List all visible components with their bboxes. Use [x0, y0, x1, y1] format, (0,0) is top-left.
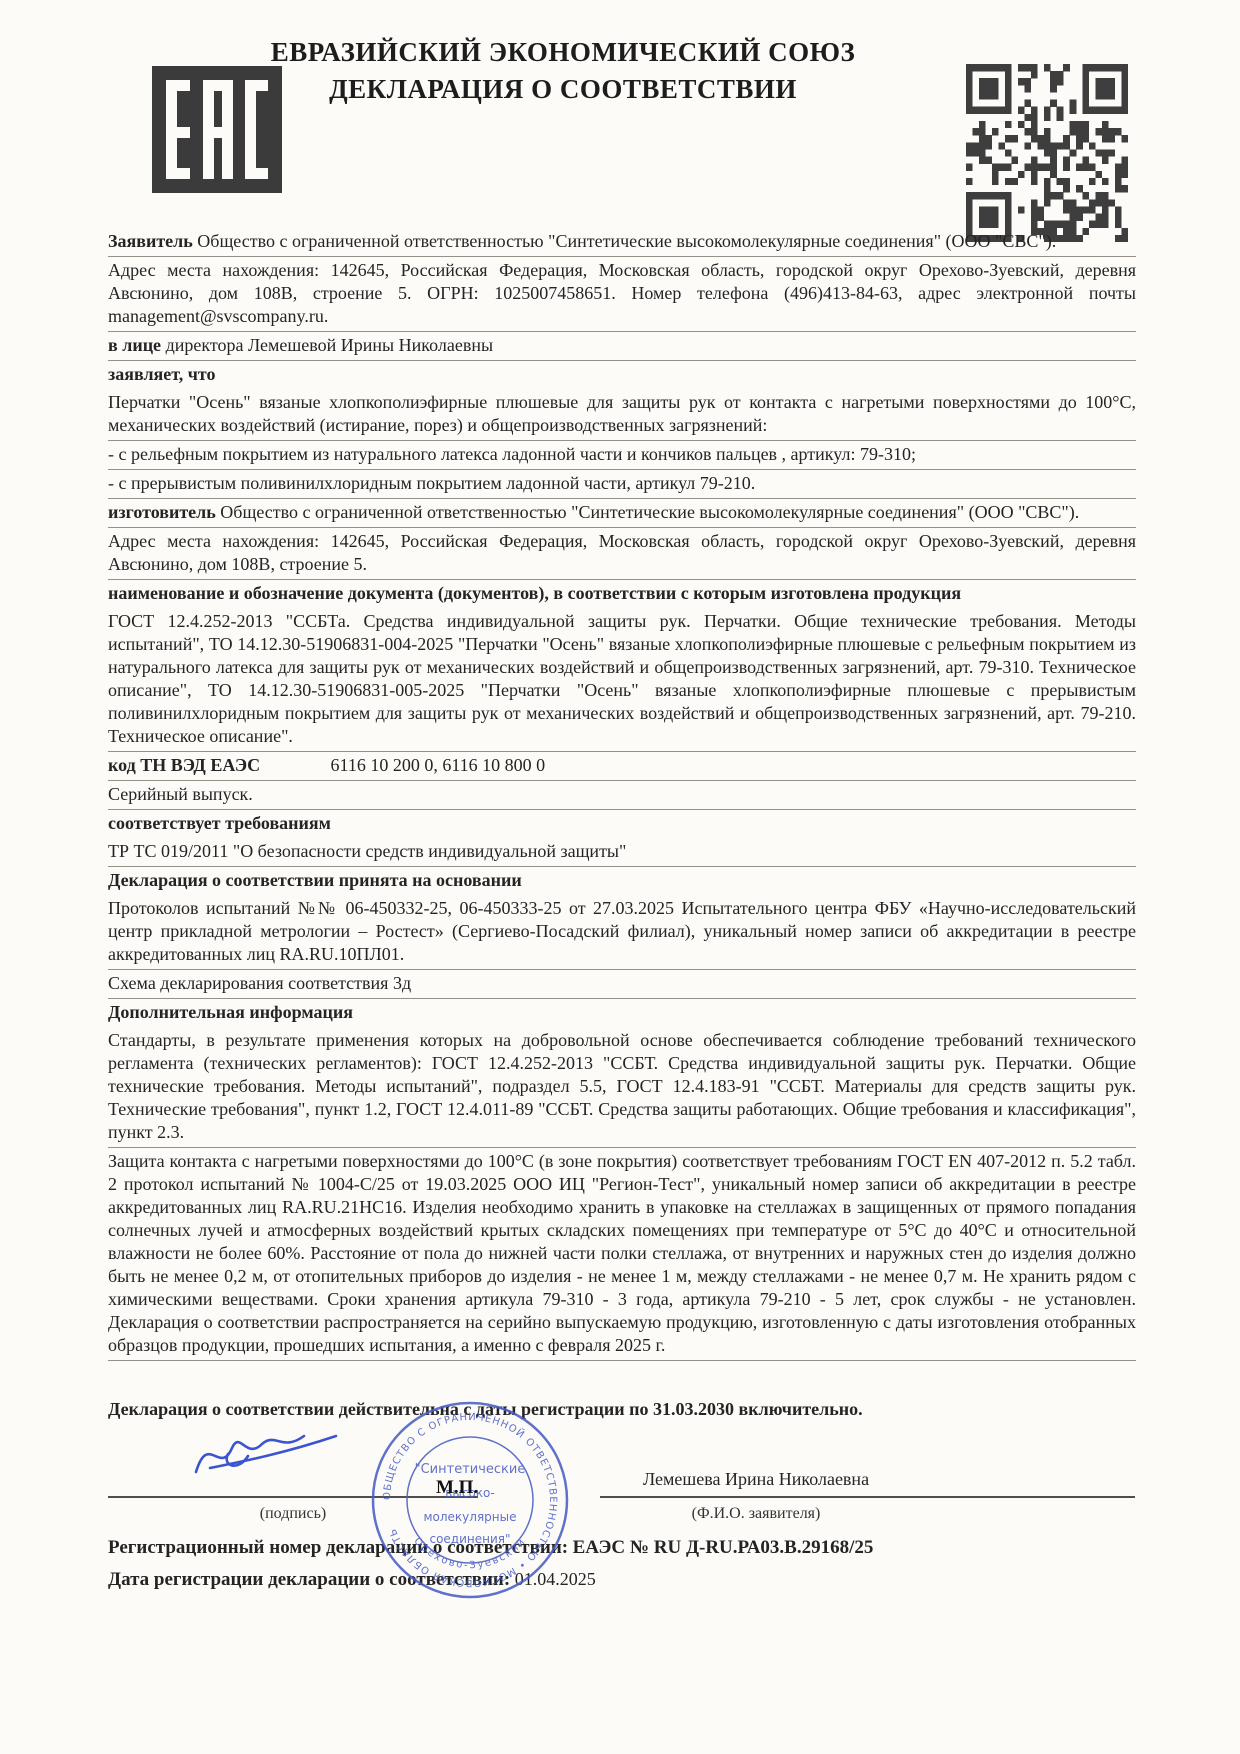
- qr-code-icon: [966, 64, 1128, 248]
- registration-number-value: ЕАЭС № RU Д-RU.РА03.В.29168/25: [573, 1537, 874, 1558]
- title-line-declaration: ДЕКЛАРАЦИЯ О СООТВЕТСТВИИ: [163, 71, 963, 108]
- manufacturer-value: Общество с ограниченной ответственностью…: [220, 502, 1079, 522]
- title-line-union: ЕВРАЗИЙСКИЙ ЭКОНОМИЧЕСКИЙ СОЮЗ: [163, 34, 963, 71]
- basis-body: Протоколов испытаний №№ 06-450332-25, 06…: [108, 895, 1136, 970]
- in-person-label: в лице: [108, 335, 161, 355]
- document-body: Заявитель Общество с ограниченной ответс…: [108, 228, 1136, 1390]
- name-caption: (Ф.И.О. заявителя): [600, 1502, 912, 1525]
- applicant-value: Общество с ограниченной ответственностью…: [197, 231, 1056, 251]
- product-item-1: - с рельефным покрытием из натурального …: [108, 441, 1136, 470]
- manufacturer-label: изготовитель: [108, 502, 216, 522]
- declaration-document: ЕВРАЗИЙСКИЙ ЭКОНОМИЧЕСКИЙ СОЮЗ ДЕКЛАРАЦИ…: [0, 0, 1240, 1754]
- name-line: [600, 1496, 1135, 1498]
- company-stamp-icon: ОБЩЕСТВО С ОГРАНИЧЕННОЙ ОТВЕТСТВЕННОСТЬЮ…: [355, 1385, 585, 1621]
- applicant-section: Заявитель Общество с ограниченной ответс…: [108, 228, 1136, 257]
- basis-heading: Декларация о соответствии принята на осн…: [108, 867, 1136, 895]
- additional-paragraph-2: Защита контакта с нагретыми поверхностям…: [108, 1148, 1136, 1361]
- registration-number-row: Регистрационный номер декларации о соотв…: [108, 1536, 1136, 1559]
- document-title: ЕВРАЗИЙСКИЙ ЭКОНОМИЧЕСКИЙ СОЮЗ ДЕКЛАРАЦИ…: [163, 34, 963, 108]
- eac-mark-icon: [152, 66, 282, 199]
- product-item-2: - с прерывистым поливинилхлоридным покры…: [108, 470, 1136, 499]
- serial-issue: Серийный выпуск.: [108, 781, 1136, 810]
- registration-date-row: Дата регистрации декларации о соответств…: [108, 1568, 1136, 1591]
- tnved-label: код ТН ВЭД ЕАЭС: [108, 754, 326, 777]
- stamp-place-mark: М.П.: [436, 1476, 478, 1499]
- applicant-address-section: Адрес места нахождения: 142645, Российск…: [108, 257, 1136, 332]
- stamp-center-line-1: "Синтетические: [415, 1462, 526, 1477]
- applicant-label: Заявитель: [108, 231, 193, 251]
- tnved-section: код ТН ВЭД ЕАЭС 6116 10 200 0, 6116 10 8…: [108, 752, 1136, 781]
- docs-heading: наименование и обозначение документа (до…: [108, 580, 1136, 608]
- compliance-body: ТР ТС 019/2011 "О безопасности средств и…: [108, 838, 1136, 867]
- in-person-value: директора Лемешевой Ирины Николаевны: [166, 335, 494, 355]
- additional-paragraph-1: Стандарты, в результате применения котор…: [108, 1027, 1136, 1148]
- scheme-section: Схема декларирования соответствия 3д: [108, 970, 1136, 999]
- tnved-value: 6116 10 200 0, 6116 10 800 0: [331, 755, 546, 775]
- stamp-center-line-4: соединения": [429, 1532, 510, 1546]
- manufacturer-address-section: Адрес места нахождения: 142645, Российск…: [108, 528, 1136, 580]
- in-person-section: в лице директора Лемешевой Ирины Николае…: [108, 332, 1136, 361]
- additional-heading: Дополнительная информация: [108, 999, 1136, 1027]
- manufacturer-section: изготовитель Общество с ограниченной отв…: [108, 499, 1136, 528]
- product-description: Перчатки "Осень" вязаные хлопкополиэфирн…: [108, 389, 1136, 441]
- declares-heading: заявляет, что: [108, 361, 1136, 389]
- applicant-name: Лемешева Ирина Николаевна: [600, 1468, 912, 1491]
- signature-ink: [182, 1416, 352, 1494]
- stamp-center-line-3: молекулярные: [423, 1510, 516, 1524]
- compliance-heading: соответствует требованиям: [108, 810, 1136, 838]
- docs-body: ГОСТ 12.4.252-2013 "ССБТа. Средства инди…: [108, 608, 1136, 752]
